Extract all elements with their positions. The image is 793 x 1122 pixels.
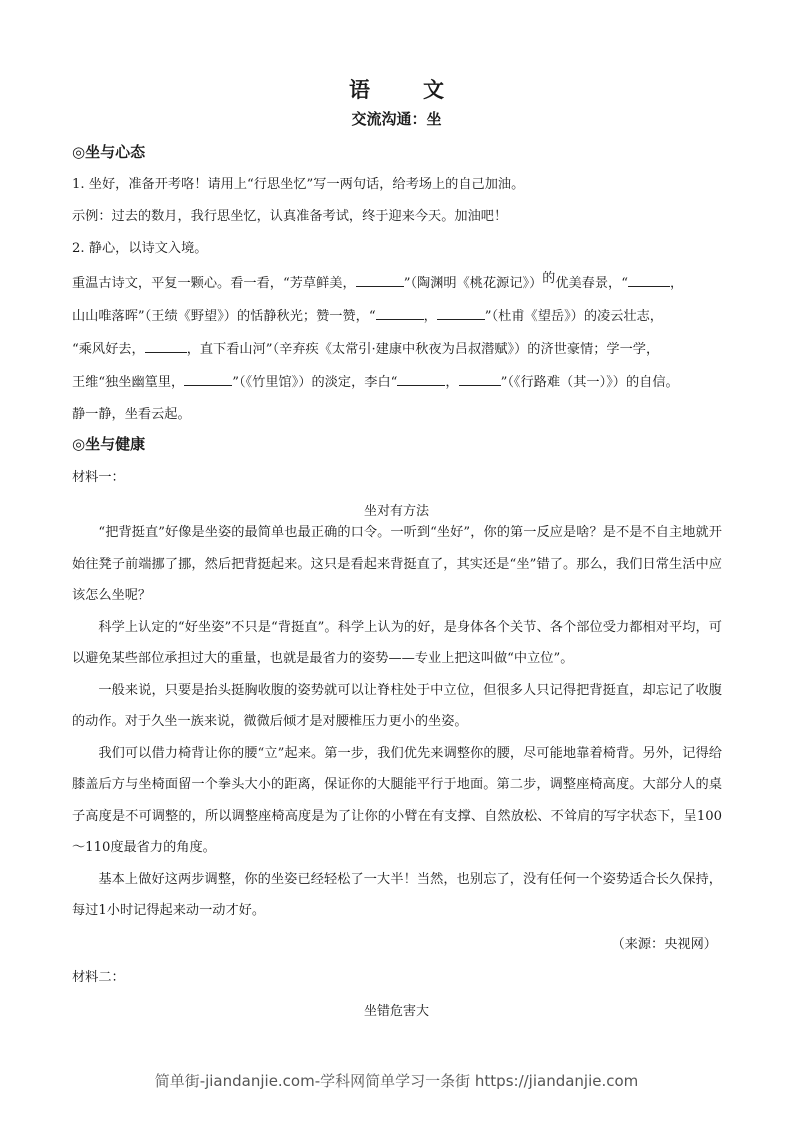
poem-line-4: 王维“独坐幽篁里，”（《竹里馆》）的淡定，李白“，”（《行路难（其一）》）的自信… xyxy=(72,371,679,390)
fill-blank xyxy=(376,306,424,320)
text: ”（《行路难（其一）》）的自信。 xyxy=(501,375,679,390)
document-title: 语 文 xyxy=(0,74,793,104)
text: 王维“独坐幽篁里， xyxy=(72,375,184,390)
text: ，直下看山河”（辛弃疾《太常引·建康中秋夜为吕叔潜赋》）的济世豪情；学一学， xyxy=(187,342,659,357)
fill-blank xyxy=(145,339,187,353)
material-1-label: 材料一： xyxy=(72,466,125,485)
poem-line-1: 重温古诗文，平复一颗心。看一看，“芳草鲜美，”（陶渊明《桃花源记》）的优美春景，… xyxy=(72,272,683,291)
text: 山山唯落晖”（王绩《野望》）的恬静秋光；赞一赞，“ xyxy=(72,309,376,324)
text: ”（杜甫《望岳》）的凌云壮志， xyxy=(485,309,663,324)
poem-line-2: 山山唯落晖”（王绩《野望》）的恬静秋光；赞一赞，“，”（杜甫《望岳》）的凌云壮志… xyxy=(72,305,663,324)
example-answer: 示例：过去的数月，我行思坐忆，认真准备考试，终于迎来今天。加油吧！ xyxy=(72,205,507,224)
material-1-source: （来源：央视网） xyxy=(612,933,718,952)
material-2-label: 材料二： xyxy=(72,966,125,985)
text: ， xyxy=(424,309,437,324)
poem-line-3: “乘风好去，，直下看山河”（辛弃疾《太常引·建康中秋夜为吕叔潜赋》）的济世豪情；… xyxy=(72,338,659,357)
fill-blank xyxy=(437,306,485,320)
material-1-body: “把背挺直”好像是坐姿的最简单也最正确的口令。一听到“坐好”，你的第一反应是啥？… xyxy=(72,517,722,927)
section-heading-mindset: ◎坐与心态 xyxy=(72,141,145,162)
text: ， xyxy=(445,375,458,390)
fill-blank xyxy=(356,273,404,287)
watermark-footer: 简单街-jiandanjie.com-学科网简单学习一条街 https://ji… xyxy=(0,1070,793,1091)
section-heading-health: ◎坐与健康 xyxy=(72,433,145,454)
text: ， xyxy=(670,276,683,291)
material-2-title: 坐错危害大 xyxy=(0,1000,793,1019)
fill-blank xyxy=(628,273,670,287)
question-2: 2. 静心，以诗文入境。 xyxy=(72,237,207,256)
paragraph: 科学上认定的“好坐姿”不只是“背挺直”。科学上认为的好，是身体各个关节、各个部位… xyxy=(72,612,722,675)
text: ”（陶渊明《桃花源记》） xyxy=(404,276,543,291)
text: 重温古诗文，平复一颗心。看一看，“芳草鲜美， xyxy=(72,276,356,291)
paragraph: 基本上做好这两步调整，你的坐姿已经轻松了一大半！当然，也别忘了，没有任何一个姿势… xyxy=(72,864,722,927)
text: “乘风好去， xyxy=(72,342,145,357)
fill-blank xyxy=(397,372,445,386)
fill-blank xyxy=(459,372,501,386)
document-subtitle: 交流沟通：坐 xyxy=(0,108,793,129)
question-1: 1. 坐好，准备开考咯！请用上“行思坐忆”写一两句话，给考场上的自己加油。 xyxy=(72,173,524,192)
paragraph: “把背挺直”好像是坐姿的最简单也最正确的口令。一听到“坐好”，你的第一反应是啥？… xyxy=(72,517,722,612)
paragraph: 一般来说，只要是抬头挺胸收腹的姿势就可以让脊柱处于中立位，但很多人只记得把背挺直… xyxy=(72,675,722,738)
fill-blank xyxy=(184,372,232,386)
text: ”（《竹里馆》）的淡定，李白“ xyxy=(232,375,397,390)
document-page: 语 文 交流沟通：坐 ◎坐与心态 1. 坐好，准备开考咯！请用上“行思坐忆”写一… xyxy=(0,0,793,1122)
text: 的 xyxy=(542,271,555,286)
poem-line-5: 静一静，坐看云起。 xyxy=(72,403,191,422)
text: 优美春景，“ xyxy=(555,276,628,291)
paragraph: 我们可以借力椅背让你的腰“立”起来。第一步，我们优先来调整你的腰，尽可能地靠着椅… xyxy=(72,738,722,864)
